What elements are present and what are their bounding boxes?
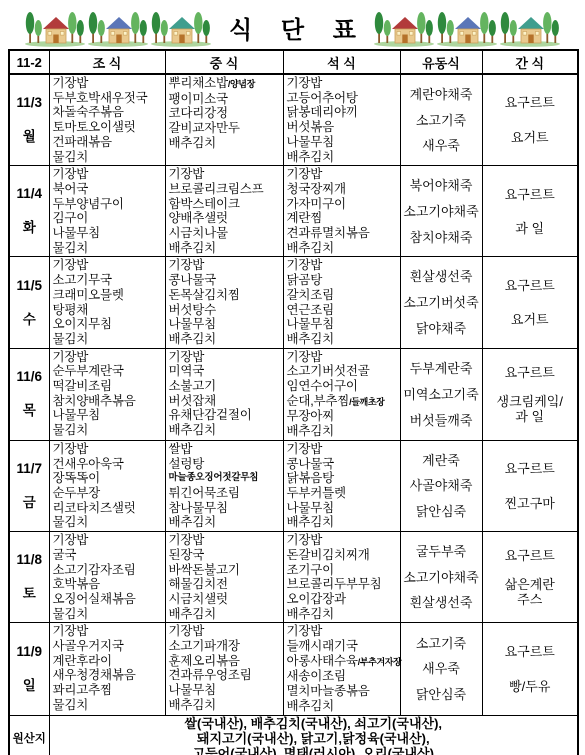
menu-item: 건파래볶음 bbox=[53, 135, 163, 150]
date-cell: 11/3월 bbox=[9, 74, 49, 166]
snack-item: 찐고구마 bbox=[505, 496, 555, 511]
column-dinner: 석 식 bbox=[283, 50, 400, 74]
liquid-cell: 계란죽사골야채죽닭안심죽 bbox=[400, 440, 482, 531]
menu-item: 기장밥 bbox=[169, 350, 281, 365]
liquid-item: 흰살생선죽 bbox=[410, 595, 473, 610]
menu-item: 기장밥 bbox=[287, 533, 398, 548]
menu-item: 배추김치 bbox=[287, 332, 398, 347]
menu-item: 쌀밥 bbox=[169, 442, 281, 457]
date-label: 11/9 bbox=[16, 644, 42, 659]
date-stack: 11/4화 bbox=[10, 186, 49, 236]
menu-item: 브로콜리크림스프 bbox=[169, 182, 281, 197]
menu-item: 무장아찌 bbox=[287, 409, 398, 424]
menu-table-body: 11/3월기장밥두부호박새우젓국차돌숙주볶음토마토오이샐럿건파래볶음물김치뿌리채… bbox=[9, 74, 578, 715]
menu-item: 두부커틀렛 bbox=[287, 486, 398, 501]
menu-item: 기장밥 bbox=[53, 350, 163, 365]
menu-row: 11/7금기장밥건새우아욱국장똑똑이순두부장리코타치즈샐럿물김치쌀밥설렁탕마늘종… bbox=[9, 440, 578, 531]
menu-item: 기장밥 bbox=[169, 533, 281, 548]
menu-item: 뿌리채소밥/양념장 bbox=[169, 76, 281, 92]
menu-item: 나물무침 bbox=[169, 317, 281, 332]
liquid-cell: 북어야채죽소고기야채죽참치야채죽 bbox=[400, 166, 482, 257]
menu-item: 나물무침 bbox=[287, 317, 398, 332]
date-stack: 11/6목 bbox=[10, 369, 49, 419]
decor-strip-left bbox=[24, 7, 212, 47]
snack-cell: 요구르트찐고구마 bbox=[482, 440, 578, 531]
menu-table-head: 11-2 조 식 중 식 석 식 유동식 간 식 bbox=[9, 50, 578, 74]
snack-cell: 요구르트요거트 bbox=[482, 257, 578, 348]
lunch-cell: 쌀밥설렁탕마늘종오징어젓갈무침튀긴어묵조림참나물무침배추김치 bbox=[165, 440, 283, 531]
menu-item: 배추김치 bbox=[287, 424, 398, 439]
date-stack: 11/3월 bbox=[10, 95, 49, 145]
menu-item: 오이지무침 bbox=[53, 317, 163, 332]
menu-item: 된장국 bbox=[169, 548, 281, 563]
origin-content: 쌀(국내산), 배추김치(국내산), 쇠고기(국내산),돼지고기(국내산), 닭… bbox=[49, 715, 578, 755]
menu-item: 차돌숙주볶음 bbox=[53, 105, 163, 120]
menu-item: 닭봉데리야끼 bbox=[287, 105, 398, 120]
menu-row: 11/3월기장밥두부호박새우젓국차돌숙주볶음토마토오이샐럿건파래볶음물김치뿌리채… bbox=[9, 74, 578, 166]
menu-item: 연근조림 bbox=[287, 303, 398, 318]
liquid-item: 닭야채죽 bbox=[416, 321, 466, 336]
menu-item: 새송이조림 bbox=[287, 669, 398, 684]
snack-item: 요구르트 bbox=[505, 187, 555, 202]
weekday-label: 토 bbox=[23, 582, 36, 602]
date-stack: 11/8토 bbox=[10, 552, 49, 602]
menu-item: 청국장찌개 bbox=[287, 182, 398, 197]
menu-item: 갈비교자만두 bbox=[169, 121, 281, 136]
breakfast-cell: 기장밥두부호박새우젓국차돌숙주볶음토마토오이샐럿건파래볶음물김치 bbox=[49, 74, 165, 166]
menu-item: 마늘종오징어젓갈무침 bbox=[169, 471, 281, 486]
lunch-cell: 기장밥된장국바싹돈불고기해물김치전시금치샐럿배추김치 bbox=[165, 532, 283, 623]
snack-item: 삶은계란 주스 bbox=[505, 577, 555, 607]
house-tree-cluster-icon bbox=[24, 7, 86, 47]
origin-line: 돼지고기(국내산), 닭고기,닭정육(국내산), bbox=[50, 731, 578, 746]
liquid-item: 닭안심죽 bbox=[416, 504, 466, 519]
menu-item: 기장밥 bbox=[53, 442, 163, 457]
menu-item: 두부양념구이 bbox=[53, 197, 163, 212]
menu-item: 순대,부추찜/들깨초장 bbox=[287, 394, 398, 410]
menu-item: 배추김치 bbox=[169, 241, 281, 256]
weekday-label: 일 bbox=[23, 674, 36, 694]
snack-item: 요구르트 bbox=[505, 365, 555, 380]
menu-item: 기장밥 bbox=[53, 76, 163, 91]
date-cell: 11/7금 bbox=[9, 440, 49, 531]
column-lunch: 중 식 bbox=[165, 50, 283, 74]
menu-item: 물김치 bbox=[53, 332, 163, 347]
liquid-item: 계란야채죽 bbox=[410, 87, 473, 102]
date-cell: 11/6목 bbox=[9, 348, 49, 440]
menu-item: 임연수어구이 bbox=[287, 379, 398, 394]
breakfast-cell: 기장밥사골우거지국계란후라이새우청경채볶음꽈리고추찜물김치 bbox=[49, 623, 165, 715]
menu-item: 배추김치 bbox=[169, 607, 281, 622]
snack-list: 요구르트찐고구마 bbox=[483, 442, 578, 530]
menu-item: 떡갈비조림 bbox=[53, 379, 163, 394]
menu-item: 기장밥 bbox=[169, 258, 281, 273]
menu-item: 배추김치 bbox=[169, 423, 281, 438]
column-liquid: 유동식 bbox=[400, 50, 482, 74]
snack-list: 요구르트빵/두유 bbox=[483, 625, 578, 713]
menu-item: 소고기감자조림 bbox=[53, 563, 163, 578]
menu-row: 11/6목기장밥순두부계란국떡갈비조림참치양배추볶음나물무침물김치기장밥미역국소… bbox=[9, 348, 578, 440]
menu-item: 나물무침 bbox=[169, 683, 281, 698]
lunch-cell: 기장밥미역국소불고기버섯잡채유채단감겉절이배추김치 bbox=[165, 348, 283, 440]
menu-item: 물김치 bbox=[53, 241, 163, 256]
menu-item: 기장밥 bbox=[287, 258, 398, 273]
snack-item: 생크림케잌/ 과 일 bbox=[497, 394, 563, 424]
menu-item: 배추김치 bbox=[287, 241, 398, 256]
snack-item: 빵/두유 bbox=[509, 679, 550, 694]
liquid-list: 흰살생선죽소고기버섯죽닭야채죽 bbox=[401, 259, 482, 347]
snack-list: 요구르트요거트 bbox=[483, 259, 578, 347]
page-title: 식 단 표 bbox=[229, 10, 367, 45]
snack-item: 요거트 bbox=[511, 130, 549, 145]
menu-item: 계란찜 bbox=[287, 211, 398, 226]
dinner-cell: 기장밥소고기버섯전골임연수어구이순대,부추찜/들깨초장무장아찌배추김치 bbox=[283, 348, 400, 440]
date-label: 11/7 bbox=[16, 461, 42, 476]
breakfast-cell: 기장밥소고기무국크래미오믈렛탕평채오이지무침물김치 bbox=[49, 257, 165, 348]
date-cell: 11/8토 bbox=[9, 532, 49, 623]
menu-item: 멸치마늘종볶음 bbox=[287, 684, 398, 699]
menu-item: 견과류우엉조림 bbox=[169, 668, 281, 683]
header-row: 11-2 조 식 중 식 석 식 유동식 간 식 bbox=[9, 50, 578, 74]
menu-item: 새우청경채볶음 bbox=[53, 668, 163, 683]
menu-item: 소고기버섯전골 bbox=[287, 364, 398, 379]
weekday-label: 금 bbox=[23, 491, 36, 511]
liquid-list: 북어야채죽소고기야채죽참치야채죽 bbox=[401, 167, 482, 255]
dinner-cell: 기장밥고등어추어탕닭봉데리야끼버섯볶음나물무침배추김치 bbox=[283, 74, 400, 166]
menu-item: 양배추샐럿 bbox=[169, 211, 281, 226]
snack-item: 요구르트 bbox=[505, 278, 555, 293]
snack-list: 요구르트삶은계란 주스 bbox=[483, 533, 578, 621]
snack-cell: 요구르트과 일 bbox=[482, 166, 578, 257]
menu-item: 나물무침 bbox=[53, 408, 163, 423]
origin-line: 쌀(국내산), 배추김치(국내산), 쇠고기(국내산), bbox=[50, 716, 578, 731]
date-stack: 11/9일 bbox=[10, 644, 49, 694]
menu-item: 기장밥 bbox=[287, 167, 398, 182]
menu-item-note: /부추겨자장 bbox=[358, 657, 402, 667]
menu-item: 기장밥 bbox=[169, 624, 281, 639]
menu-item: 시금치나물 bbox=[169, 226, 281, 241]
dinner-cell: 기장밥돈갈비김치찌개조기구이브로콜리두부무침오이갑장과배추김치 bbox=[283, 532, 400, 623]
meal-plan-page: 식 단 표 11-2 조 식 중 식 석 식 유동식 간 식 11/3월기장밥두… bbox=[0, 0, 585, 755]
menu-item: 장똑똑이 bbox=[53, 471, 163, 486]
menu-item: 탕평채 bbox=[53, 303, 163, 318]
menu-item: 바싹돈불고기 bbox=[169, 563, 281, 578]
menu-item: 건새우아욱국 bbox=[53, 457, 163, 472]
liquid-list: 굴두부죽소고기야채죽흰살생선죽 bbox=[401, 533, 482, 621]
menu-item: 튀긴어묵조림 bbox=[169, 486, 281, 501]
snack-cell: 요구르트빵/두유 bbox=[482, 623, 578, 715]
menu-item: 배추김치 bbox=[287, 607, 398, 622]
menu-item: 기장밥 bbox=[287, 442, 398, 457]
lunch-cell: 기장밥콩나물국돈목살김치찜버섯탕수나물무침배추김치 bbox=[165, 257, 283, 348]
liquid-item: 닭안심죽 bbox=[416, 687, 466, 702]
snack-cell: 요구르트요거트 bbox=[482, 74, 578, 166]
menu-item: 배추김치 bbox=[169, 136, 281, 151]
menu-item: 팽이미소국 bbox=[169, 92, 281, 107]
menu-item: 나물무침 bbox=[287, 501, 398, 516]
menu-item: 두부호박새우젓국 bbox=[53, 91, 163, 106]
menu-item: 참치양배추볶음 bbox=[53, 394, 163, 409]
menu-item: 순두부계란국 bbox=[53, 364, 163, 379]
liquid-list: 두부계란죽미역소고기죽버섯들깨죽 bbox=[401, 350, 482, 438]
menu-item: 소고기파개장 bbox=[169, 639, 281, 654]
snack-item: 요구르트 bbox=[505, 95, 555, 110]
breakfast-cell: 기장밥순두부계란국떡갈비조림참치양배추볶음나물무침물김치 bbox=[49, 348, 165, 440]
date-label: 11/8 bbox=[16, 552, 42, 567]
house-tree-cluster-icon bbox=[499, 7, 561, 47]
weekday-label: 수 bbox=[23, 308, 36, 328]
dinner-cell: 기장밥닭곰탕갈치조림연근조림나물무침배추김치 bbox=[283, 257, 400, 348]
breakfast-cell: 기장밥북어국두부양념구이김구이나물무침물김치 bbox=[49, 166, 165, 257]
menu-item: 나물무침 bbox=[287, 135, 398, 150]
menu-row: 11/9일기장밥사골우거지국계란후라이새우청경채볶음꽈리고추찜물김치기장밥소고기… bbox=[9, 623, 578, 715]
date-cell: 11/9일 bbox=[9, 623, 49, 715]
liquid-item: 소고기버섯죽 bbox=[403, 295, 478, 310]
menu-item: 김구이 bbox=[53, 211, 163, 226]
menu-item: 오이갑장과 bbox=[287, 592, 398, 607]
menu-item: 호박볶음 bbox=[53, 577, 163, 592]
liquid-item: 참치야채죽 bbox=[410, 230, 473, 245]
date-stack: 11/7금 bbox=[10, 461, 49, 511]
lunch-cell: 기장밥소고기파개장훈제오리볶음견과류우엉조림나물무침배추김치 bbox=[165, 623, 283, 715]
menu-item: 브로콜리두부무침 bbox=[287, 577, 398, 592]
menu-item: 꽈리고추찜 bbox=[53, 683, 163, 698]
menu-item: 미역국 bbox=[169, 364, 281, 379]
liquid-item: 소고기야채죽 bbox=[403, 570, 478, 585]
menu-item: 배추김치 bbox=[287, 699, 398, 714]
snack-item: 요구르트 bbox=[505, 461, 555, 476]
menu-item: 참나물무침 bbox=[169, 501, 281, 516]
date-label: 11/4 bbox=[16, 186, 42, 201]
house-tree-cluster-icon bbox=[87, 7, 149, 47]
house-tree-cluster-icon bbox=[150, 7, 212, 47]
menu-item: 버섯잡채 bbox=[169, 394, 281, 409]
liquid-item: 소고기야채죽 bbox=[403, 204, 478, 219]
breakfast-cell: 기장밥건새우아욱국장똑똑이순두부장리코타치즈샐럿물김치 bbox=[49, 440, 165, 531]
menu-item: 버섯볶음 bbox=[287, 120, 398, 135]
week-label: 11-2 bbox=[9, 50, 49, 74]
menu-item: 기장밥 bbox=[53, 167, 163, 182]
menu-item: 계란후라이 bbox=[53, 654, 163, 669]
menu-item: 기장밥 bbox=[53, 258, 163, 273]
decor-strip-right bbox=[373, 7, 561, 47]
date-cell: 11/5수 bbox=[9, 257, 49, 348]
menu-table: 11-2 조 식 중 식 석 식 유동식 간 식 11/3월기장밥두부호박새우젓… bbox=[8, 49, 579, 755]
menu-item: 기장밥 bbox=[287, 350, 398, 365]
weekday-label: 월 bbox=[23, 125, 36, 145]
menu-item: 기장밥 bbox=[287, 624, 398, 639]
liquid-item: 사골야채죽 bbox=[410, 478, 473, 493]
menu-item: 해물김치전 bbox=[169, 577, 281, 592]
menu-item: 콩나물국 bbox=[169, 273, 281, 288]
menu-item-note: /들깨초장 bbox=[349, 397, 384, 407]
menu-item: 견과류멸치볶음 bbox=[287, 226, 398, 241]
snack-cell: 요구르트삶은계란 주스 bbox=[482, 532, 578, 623]
header-band: 식 단 표 bbox=[0, 0, 585, 49]
liquid-cell: 두부계란죽미역소고기죽버섯들깨죽 bbox=[400, 348, 482, 440]
menu-item: 나물무침 bbox=[53, 226, 163, 241]
menu-item: 가자미구이 bbox=[287, 197, 398, 212]
menu-item: 기장밥 bbox=[169, 167, 281, 182]
menu-item: 조기구이 bbox=[287, 563, 398, 578]
menu-item: 리코타치즈샐럿 bbox=[53, 501, 163, 516]
snack-item: 요거트 bbox=[511, 312, 549, 327]
liquid-item: 새우죽 bbox=[422, 138, 460, 153]
menu-item: 배추김치 bbox=[169, 515, 281, 530]
menu-item: 코다리강정 bbox=[169, 106, 281, 121]
menu-item: 기장밥 bbox=[53, 533, 163, 548]
liquid-list: 소고기죽새우죽닭안심죽 bbox=[401, 625, 482, 713]
snack-item: 요구르트 bbox=[505, 644, 555, 659]
menu-item: 소고기무국 bbox=[53, 273, 163, 288]
menu-item: 소불고기 bbox=[169, 379, 281, 394]
menu-item: 버섯탕수 bbox=[169, 303, 281, 318]
menu-item: 돈목살김치찜 bbox=[169, 288, 281, 303]
dinner-cell: 기장밥들깨시래기국아롱사태수육/부추겨자장새송이조림멸치마늘종볶음배추김치 bbox=[283, 623, 400, 715]
lunch-cell: 기장밥브로콜리크림스프함박스테이크양배추샐럿시금치나물배추김치 bbox=[165, 166, 283, 257]
date-label: 11/5 bbox=[16, 278, 42, 293]
column-snack: 간 식 bbox=[482, 50, 578, 74]
liquid-item: 미역소고기죽 bbox=[403, 387, 478, 402]
menu-item: 물김치 bbox=[53, 607, 163, 622]
liquid-cell: 굴두부죽소고기야채죽흰살생선죽 bbox=[400, 532, 482, 623]
date-cell: 11/4화 bbox=[9, 166, 49, 257]
menu-item: 물김치 bbox=[53, 515, 163, 530]
weekday-label: 화 bbox=[23, 216, 36, 236]
menu-item: 닭곰탕 bbox=[287, 273, 398, 288]
breakfast-cell: 기장밥굴국소고기감자조림호박볶음오징어실채볶음물김치 bbox=[49, 532, 165, 623]
liquid-item: 두부계란죽 bbox=[410, 361, 473, 376]
menu-item-note: /양념장 bbox=[228, 79, 255, 89]
house-tree-cluster-icon bbox=[436, 7, 498, 47]
dinner-cell: 기장밥청국장찌개가자미구이계란찜견과류멸치볶음배추김치 bbox=[283, 166, 400, 257]
liquid-item: 굴두부죽 bbox=[416, 544, 466, 559]
menu-item: 물김치 bbox=[53, 698, 163, 713]
menu-item: 순두부장 bbox=[53, 486, 163, 501]
menu-row: 11/4화기장밥북어국두부양념구이김구이나물무침물김치기장밥브로콜리크림스프함박… bbox=[9, 166, 578, 257]
menu-item: 오징어실채볶음 bbox=[53, 592, 163, 607]
origin-label: 원산지 bbox=[9, 715, 49, 755]
liquid-cell: 흰살생선죽소고기버섯죽닭야채죽 bbox=[400, 257, 482, 348]
date-label: 11/6 bbox=[16, 369, 42, 384]
origin-line: 고등어(국내산), 명태(러시아), 오리(국내산) bbox=[50, 746, 578, 755]
snack-list: 요구르트요거트 bbox=[483, 76, 578, 164]
weekday-label: 목 bbox=[23, 399, 36, 419]
snack-list: 요구르트과 일 bbox=[483, 167, 578, 255]
menu-item: 들깨시래기국 bbox=[287, 639, 398, 654]
menu-item: 물김치 bbox=[53, 150, 163, 165]
menu-item: 콩나물국 bbox=[287, 457, 398, 472]
menu-item: 아롱사태수육/부추겨자장 bbox=[287, 654, 398, 670]
liquid-item: 버섯들깨죽 bbox=[410, 413, 473, 428]
menu-item: 배추김치 bbox=[169, 332, 281, 347]
date-stack: 11/5수 bbox=[10, 278, 49, 328]
snack-item: 과 일 bbox=[515, 221, 544, 236]
house-tree-cluster-icon bbox=[373, 7, 435, 47]
liquid-item: 새우죽 bbox=[422, 661, 460, 676]
menu-item: 고등어추어탕 bbox=[287, 91, 398, 106]
dinner-cell: 기장밥콩나물국닭볶음탕두부커틀렛나물무침배추김치 bbox=[283, 440, 400, 531]
menu-item: 굴국 bbox=[53, 548, 163, 563]
liquid-item: 계란죽 bbox=[422, 453, 460, 468]
menu-item: 유채단감겉절이 bbox=[169, 408, 281, 423]
menu-row: 11/8토기장밥굴국소고기감자조림호박볶음오징어실채볶음물김치기장밥된장국바싹돈… bbox=[9, 532, 578, 623]
menu-item: 크래미오믈렛 bbox=[53, 288, 163, 303]
menu-item: 기장밥 bbox=[287, 76, 398, 91]
origin-row: 원산지 쌀(국내산), 배추김치(국내산), 쇠고기(국내산),돼지고기(국내산… bbox=[9, 715, 578, 755]
snack-item: 요구르트 bbox=[505, 548, 555, 563]
menu-item: 북어국 bbox=[53, 182, 163, 197]
menu-row: 11/5수기장밥소고기무국크래미오믈렛탕평채오이지무침물김치기장밥콩나물국돈목살… bbox=[9, 257, 578, 348]
liquid-list: 계란죽사골야채죽닭안심죽 bbox=[401, 442, 482, 530]
liquid-item: 북어야채죽 bbox=[410, 178, 473, 193]
date-label: 11/3 bbox=[16, 95, 42, 110]
menu-item: 돈갈비김치찌개 bbox=[287, 548, 398, 563]
snack-cell: 요구르트생크림케잌/ 과 일 bbox=[482, 348, 578, 440]
liquid-list: 계란야채죽소고기죽새우죽 bbox=[401, 76, 482, 164]
menu-item: 시금치샐럿 bbox=[169, 592, 281, 607]
liquid-item: 흰살생선죽 bbox=[410, 269, 473, 284]
liquid-item: 소고기죽 bbox=[416, 636, 466, 651]
menu-item: 물김치 bbox=[53, 423, 163, 438]
column-breakfast: 조 식 bbox=[49, 50, 165, 74]
menu-item: 사골우거지국 bbox=[53, 639, 163, 654]
origin-section: 원산지 쌀(국내산), 배추김치(국내산), 쇠고기(국내산),돼지고기(국내산… bbox=[9, 715, 578, 755]
menu-item: 설렁탕 bbox=[169, 457, 281, 472]
menu-item: 갈치조림 bbox=[287, 288, 398, 303]
liquid-cell: 계란야채죽소고기죽새우죽 bbox=[400, 74, 482, 166]
liquid-cell: 소고기죽새우죽닭안심죽 bbox=[400, 623, 482, 715]
menu-item: 닭볶음탕 bbox=[287, 471, 398, 486]
menu-item: 배추김치 bbox=[287, 150, 398, 165]
menu-item: 토마토오이샐럿 bbox=[53, 120, 163, 135]
menu-item: 함박스테이크 bbox=[169, 197, 281, 212]
menu-item: 훈제오리볶음 bbox=[169, 654, 281, 669]
snack-list: 요구르트생크림케잌/ 과 일 bbox=[483, 350, 578, 438]
menu-item: 기장밥 bbox=[53, 624, 163, 639]
lunch-cell: 뿌리채소밥/양념장팽이미소국코다리강정갈비교자만두배추김치 bbox=[165, 74, 283, 166]
menu-item: 배추김치 bbox=[169, 698, 281, 713]
menu-item: 배추김치 bbox=[287, 515, 398, 530]
liquid-item: 소고기죽 bbox=[416, 113, 466, 128]
